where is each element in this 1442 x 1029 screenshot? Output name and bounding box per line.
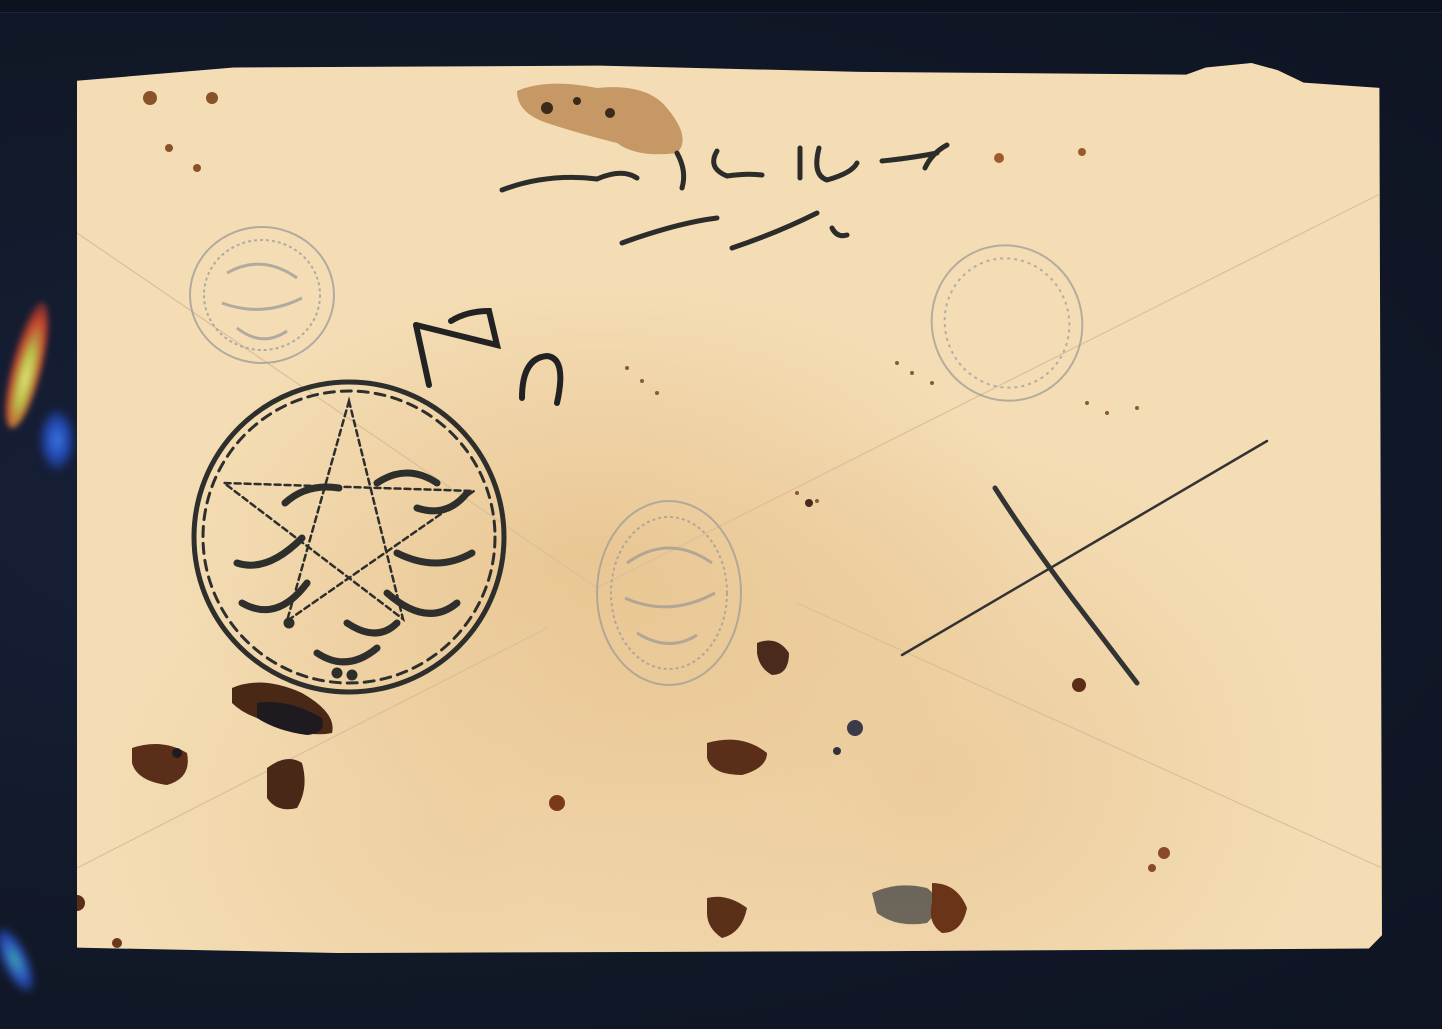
embossed-seal-upper-right: [910, 224, 1104, 422]
light-flare-blue: [40, 410, 74, 470]
speckle-dots: [625, 361, 1139, 503]
handwritten-number-83: [416, 311, 560, 403]
envelope-back: [77, 63, 1382, 953]
embossed-seal-upper-left: [190, 227, 334, 363]
embossed-seal-center: [597, 501, 741, 685]
cross-mark: [902, 441, 1267, 683]
foxing-stains: [77, 84, 1210, 953]
backdrop-top-edge: [0, 0, 1442, 13]
envelope-artwork: [77, 63, 1382, 953]
main-black-seal: [194, 382, 504, 692]
handwritten-date-line: [502, 145, 947, 248]
